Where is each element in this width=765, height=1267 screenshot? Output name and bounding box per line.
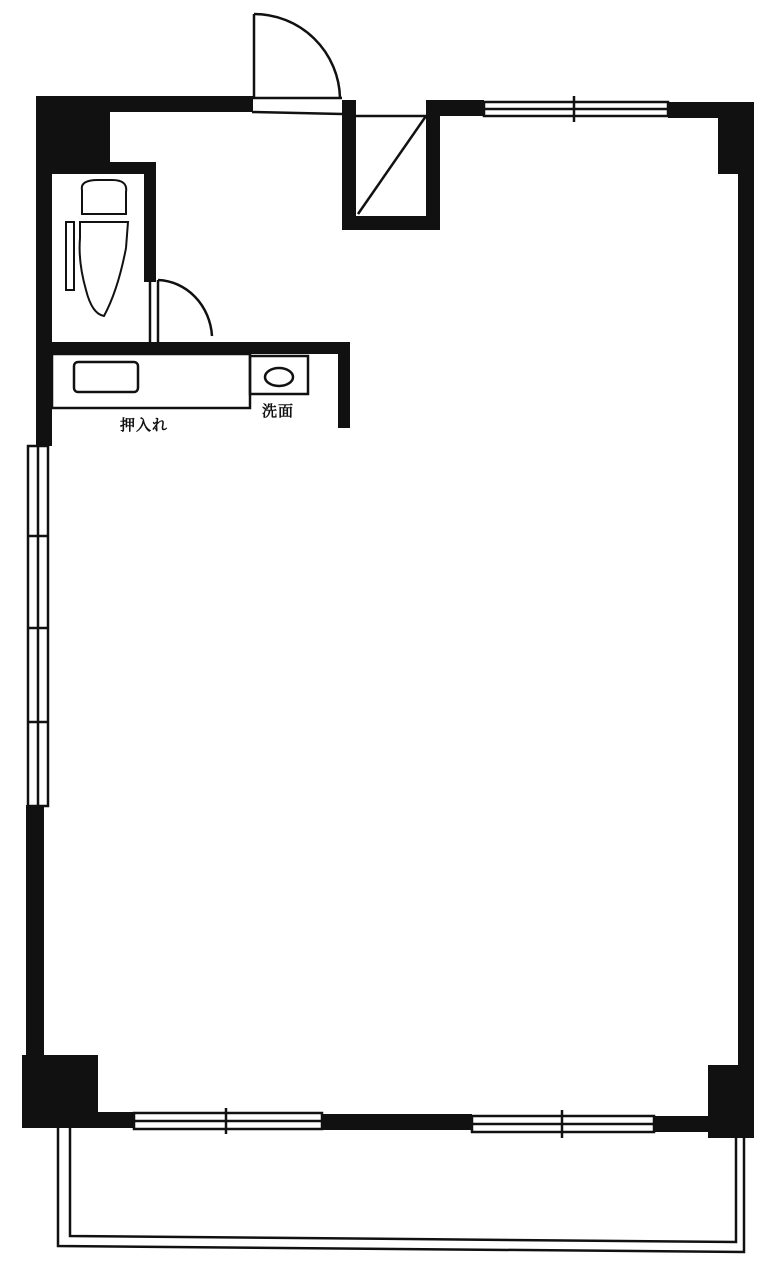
storage-wall-bottom <box>342 216 440 230</box>
toilet-fixture <box>66 180 128 316</box>
wall-left-upper <box>36 96 52 446</box>
storage-wall-left <box>342 100 356 230</box>
balcony-outline <box>58 1128 744 1252</box>
wall-bottom-left <box>22 1112 134 1128</box>
wall-right <box>738 102 754 1138</box>
closet-label: 押入れ <box>120 414 168 435</box>
closet-inner <box>74 362 138 392</box>
storage-diagonal <box>358 116 426 214</box>
toilet-door[interactable] <box>150 280 212 342</box>
entrance-door[interactable] <box>252 14 342 114</box>
storage-wall-right <box>426 100 440 230</box>
washbasin-bowl <box>265 368 293 386</box>
wall-bottom-right <box>654 1116 754 1132</box>
washbasin-label: 洗面 <box>262 400 294 421</box>
washbasin-counter <box>250 356 308 394</box>
toilet-wall-top <box>52 162 156 174</box>
floor-plan: 押入れ 洗面 <box>0 0 765 1267</box>
wall-bottom-mid <box>322 1114 472 1130</box>
interior-wall-horizontal <box>52 342 350 354</box>
interior-wall-stub <box>338 342 350 428</box>
toilet-wall-right <box>144 162 156 282</box>
floor-plan-drawing <box>0 0 765 1267</box>
